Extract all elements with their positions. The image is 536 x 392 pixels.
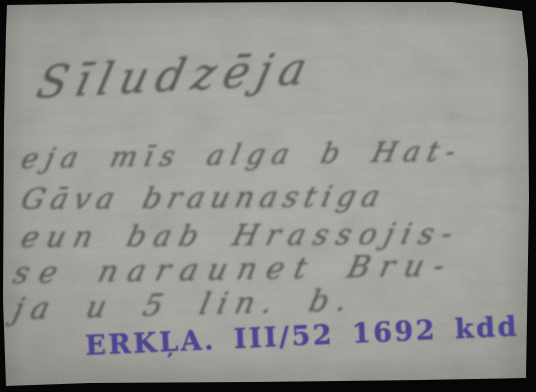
scanned-note-image: Sīludzēja eja mīs alga b Hat- Gāva braun… <box>0 0 536 392</box>
note-paper: Sīludzēja eja mīs alga b Hat- Gāva braun… <box>0 0 536 392</box>
handwriting-line: Gāva braunastiga <box>18 179 390 216</box>
